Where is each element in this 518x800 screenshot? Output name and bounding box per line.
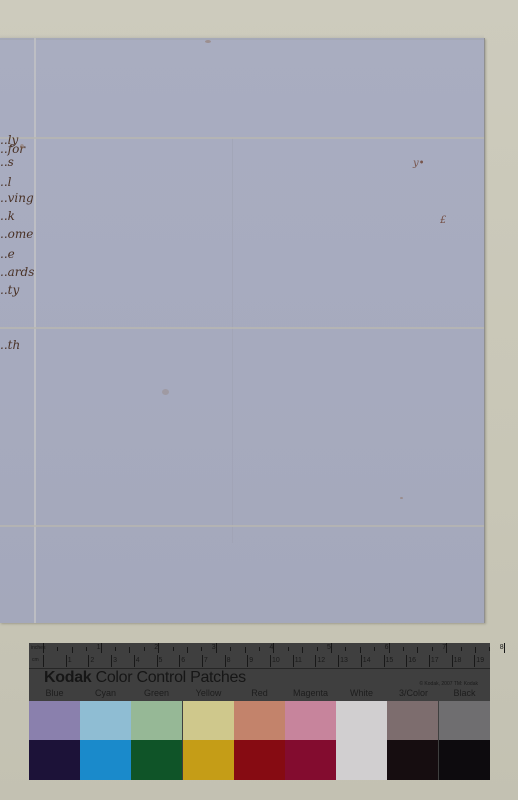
ruler-sub-tick — [432, 647, 433, 651]
ruler-cm-tick — [452, 655, 453, 667]
patch-magenta-light — [285, 701, 336, 740]
handwriting-line: ..s — [0, 155, 14, 169]
patch-label-black: Black — [439, 688, 490, 698]
strip-title: Color Control Patches — [96, 669, 246, 686]
ruler-unit-cm: cm — [32, 657, 39, 663]
ruler-cm-label: 19 — [476, 657, 484, 664]
ruler-sub-tick — [129, 647, 130, 653]
patch-black-light — [439, 701, 490, 740]
ruler-cm-tick — [474, 655, 475, 667]
ruler-sub-tick — [403, 647, 404, 651]
ruler-sub-tick — [245, 647, 246, 653]
patch-cyan-light — [80, 701, 131, 740]
ruler-inch-label: 8 — [500, 644, 504, 651]
marginal-ink-mark: y• — [413, 158, 425, 169]
handwriting-line: ..ty — [0, 283, 19, 297]
ruler-cm-tick — [66, 655, 67, 667]
kodak-title: Kodak Color Control Patches — [44, 669, 246, 687]
patch-label-cyan: Cyan — [80, 688, 131, 698]
patch-label-red: Red — [234, 688, 285, 698]
ruler-cm-label: 15 — [386, 657, 394, 664]
ruler-cm-tick — [111, 655, 112, 667]
stain-spot — [400, 497, 403, 499]
ruler-sub-tick — [72, 647, 73, 653]
patch-label-yellow: Yellow — [183, 688, 234, 698]
patch-white-dark — [336, 740, 387, 780]
ruler-cm-tick — [384, 655, 385, 667]
ruler-inch-label: 7 — [442, 644, 446, 651]
patch-label-blue: Blue — [29, 688, 80, 698]
ruler-cm-label: 4 — [136, 657, 140, 664]
ruler-cm-label: 8 — [227, 657, 231, 664]
ruler-sub-tick — [489, 647, 490, 651]
letter-page: ..ly ..for ..s ..l ..ving ..k ..ome ..e … — [0, 38, 485, 623]
ruler-cm-label: 6 — [181, 657, 185, 664]
stain-spot — [205, 40, 211, 43]
handwriting-line: ..e — [0, 247, 15, 261]
ruler-cm-label: 16 — [408, 657, 416, 664]
patch-green-light — [131, 701, 182, 740]
ruler-cm-tick — [88, 655, 89, 667]
ruler-inch-label: 2 — [154, 644, 158, 651]
ruler-sub-tick — [374, 647, 375, 651]
handwriting-line: ..ome — [0, 227, 33, 241]
ruler-inch-tick — [273, 643, 274, 653]
patch-label-green: Green — [131, 688, 182, 698]
ruler-inch-label: 6 — [385, 644, 389, 651]
ruler-sub-tick — [417, 647, 418, 653]
ruler-sub-tick — [317, 647, 318, 651]
ruler-sub-tick — [302, 647, 303, 653]
patch-blue-light — [29, 701, 80, 740]
ruler-cm-tick — [429, 655, 430, 667]
handwriting-line: ..l — [0, 175, 11, 189]
ruler-inch-tick — [101, 643, 102, 653]
ruler-inch-tick — [158, 643, 159, 653]
ruler-inch-label: 1 — [97, 644, 101, 651]
ruler-cm-tick — [179, 655, 180, 667]
ruler-inch-label: 5 — [327, 644, 331, 651]
ruler-inch-tick — [331, 643, 332, 653]
ruler-cm-tick — [406, 655, 407, 667]
ruler-cm-tick — [202, 655, 203, 667]
faint-vertical-crease — [232, 138, 233, 543]
ruler-cm-label: 1 — [68, 657, 72, 664]
copyright-notice: © Kodak, 2007 TM: Kodak — [419, 681, 478, 687]
patch-white-light — [336, 701, 387, 740]
patch-red-light — [234, 701, 285, 740]
measurement-ruler: 1234567891011121314151617181912345678inc… — [29, 643, 490, 669]
ruler-cm-tick — [134, 655, 135, 667]
ruler-sub-tick — [201, 647, 202, 651]
ruler-inch-tick — [504, 643, 505, 653]
ruler-cm-tick — [315, 655, 316, 667]
horizontal-fold-line-2 — [0, 327, 484, 329]
ruler-sub-tick — [173, 647, 174, 651]
ruler-unit-inches: inches — [31, 645, 45, 651]
ruler-cm-label: 17 — [431, 657, 439, 664]
ruler-sub-tick — [86, 647, 87, 651]
handwriting-line: ..ards — [0, 265, 34, 279]
ruler-inch-tick — [389, 643, 390, 653]
patch-cyan-dark — [80, 740, 131, 780]
ruler-sub-tick — [461, 647, 462, 651]
patch-black-dark — [439, 740, 490, 780]
kodak-brand: Kodak — [44, 669, 91, 686]
ruler-cm-label: 11 — [295, 657, 302, 664]
patch-labels: Blue Cyan Green Yellow Red Magenta White… — [29, 688, 490, 700]
marginal-ink-mark: £ — [440, 215, 446, 226]
patch-red-dark — [234, 740, 285, 780]
ruler-inch-tick — [216, 643, 217, 653]
patch-green-dark — [131, 740, 182, 780]
ruler-cm-label: 10 — [272, 657, 280, 664]
ruler-sub-tick — [57, 647, 58, 651]
ruler-sub-tick — [115, 647, 116, 651]
kodak-color-control-strip: 1234567891011121314151617181912345678inc… — [29, 643, 490, 780]
ruler-cm-tick — [338, 655, 339, 667]
ruler-sub-tick — [259, 647, 260, 651]
patch-yellow-dark — [183, 740, 234, 780]
ruler-sub-tick — [144, 647, 145, 651]
ruler-cm-tick — [225, 655, 226, 667]
ruler-cm-label: 9 — [249, 657, 253, 664]
ruler-cm-tick — [157, 655, 158, 667]
patch-3color-dark — [387, 740, 438, 780]
patch-magenta-dark — [285, 740, 336, 780]
ruler-cm-tick — [247, 655, 248, 667]
ruler-sub-tick — [230, 647, 231, 651]
ruler-inch-tick — [446, 643, 447, 653]
handwriting-line: ..ving — [0, 191, 34, 205]
ruler-cm-label: 18 — [454, 657, 462, 664]
handwriting-line: ..th — [0, 338, 20, 352]
ruler-sub-tick — [187, 647, 188, 653]
stain-spot — [162, 389, 169, 395]
ruler-cm-label: 3 — [113, 657, 117, 664]
ruler-cm-label: 12 — [317, 657, 325, 664]
ruler-inch-label: 3 — [212, 644, 216, 651]
ruler-sub-tick — [360, 647, 361, 653]
horizontal-fold-line-1 — [0, 137, 484, 139]
ruler-cm-label: 7 — [204, 657, 208, 664]
ruler-cm-label: 5 — [159, 657, 163, 664]
ruler-cm-label: 2 — [90, 657, 94, 664]
ruler-cm-tick — [270, 655, 271, 667]
patch-label-white: White — [336, 688, 387, 698]
ruler-cm-tick — [361, 655, 362, 667]
horizontal-fold-line-3 — [0, 525, 484, 527]
vertical-fold-line — [34, 38, 36, 623]
patch-3color-light — [387, 701, 438, 740]
stain-spot — [20, 144, 24, 149]
ruler-cm-tick — [293, 655, 294, 667]
patch-label-magenta: Magenta — [285, 688, 336, 698]
ruler-inch-label: 4 — [269, 644, 273, 651]
patch-label-3color: 3/Color — [388, 688, 439, 698]
patch-blue-dark — [29, 740, 80, 780]
ruler-cm-tick — [43, 655, 44, 667]
ruler-sub-tick — [475, 647, 476, 653]
ruler-cm-label: 13 — [340, 657, 348, 664]
ruler-cm-label: 14 — [363, 657, 371, 664]
handwriting-line: ..k — [0, 209, 15, 223]
patch-yellow-light — [183, 701, 234, 740]
ruler-sub-tick — [288, 647, 289, 651]
ruler-sub-tick — [345, 647, 346, 651]
